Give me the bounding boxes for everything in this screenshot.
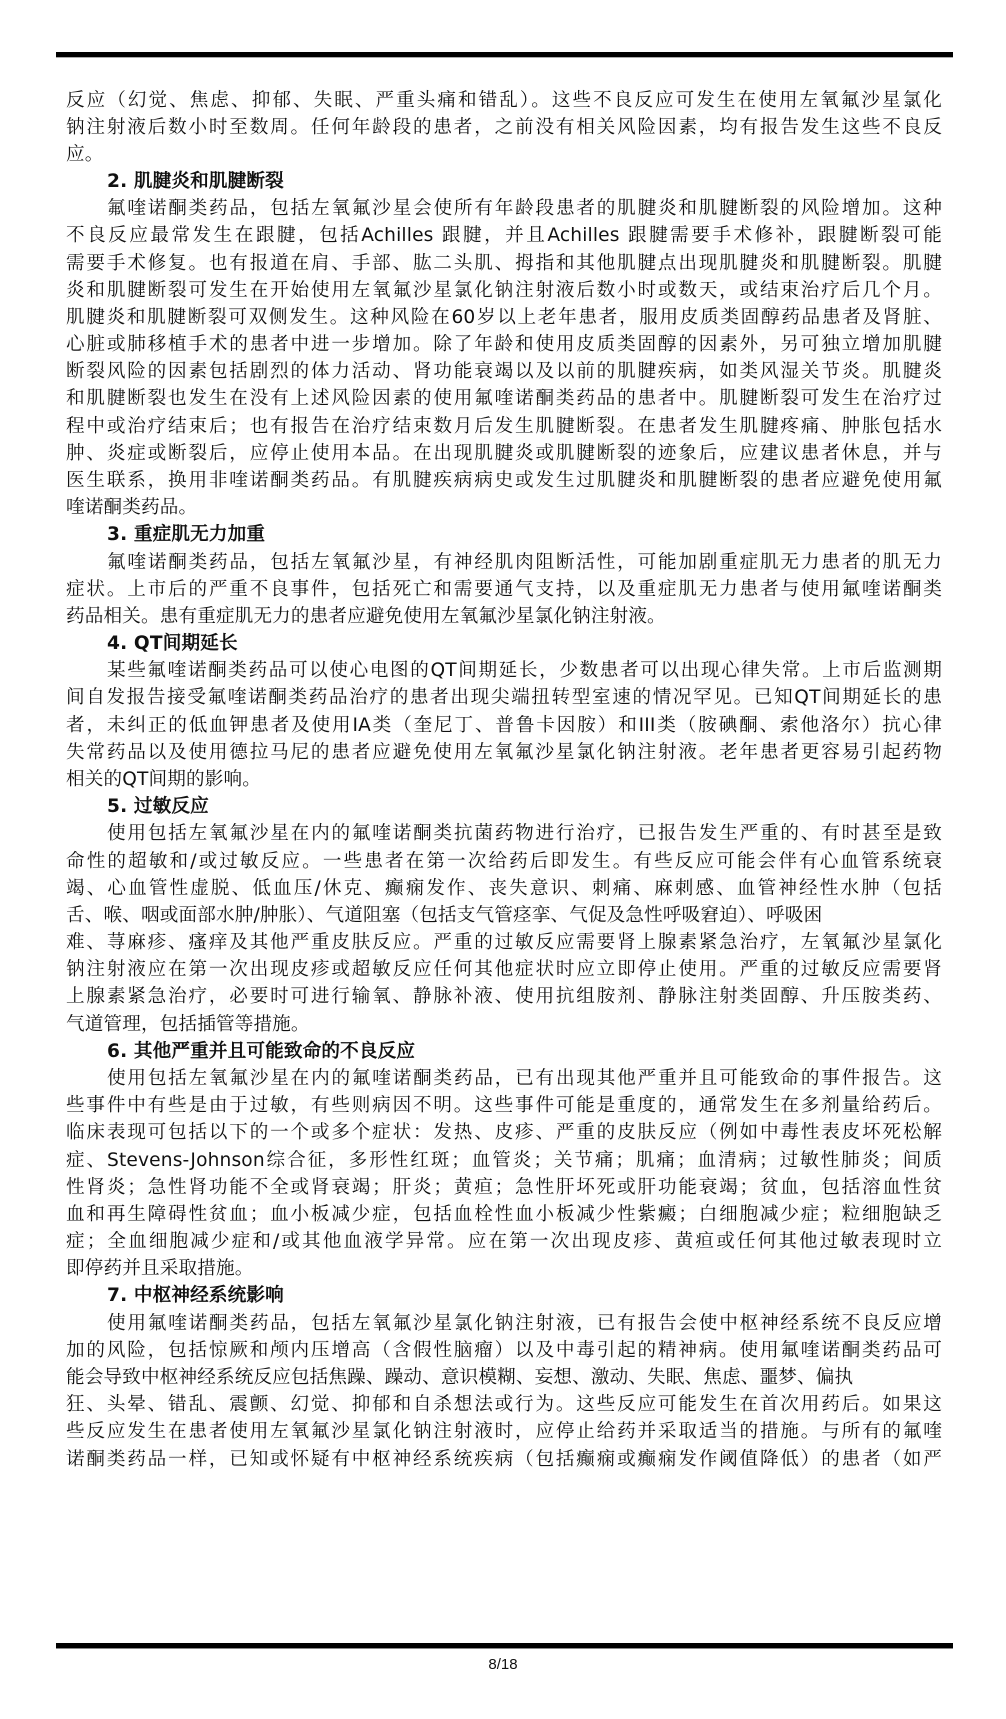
text-line: 些反应发生在患者使用左氧氟沙星氯化钠注射液时，应停止给药并采取适当的措施。与所有…	[66, 1418, 942, 1445]
text-line: 者，未纠正的低血钾患者及使用IA类（奎尼丁、普鲁卡因胺）和III类（胺碘酮、索他…	[66, 712, 942, 739]
text-line: 应。	[66, 141, 942, 168]
text-line: 使用包括左氧氟沙星在内的氟喹诺酮类抗菌药物进行治疗，已报告发生严重的、有时甚至是…	[107, 820, 942, 847]
header-rule	[56, 52, 953, 58]
text-line: 狂、头晕、错乱、震颤、幻觉、抑郁和自杀想法或行为。这些反应可能发生在首次用药后。…	[66, 1391, 942, 1418]
text-line: 症状。上市后的严重不良事件，包括死亡和需要通气支持，以及重症肌无力患者与使用氟喹…	[66, 576, 942, 603]
text-line: 某些氟喹诺酮类药品可以使心电图的QT间期延长，少数患者可以出现心律失常。上市后监…	[107, 657, 942, 684]
text-line: 肿、炎症或断裂后，应停止使用本品。在出现肌腱炎或肌腱断裂的迹象后，应建议患者休息…	[66, 440, 942, 467]
text-line: 失常药品以及使用德拉马尼的患者应避免使用左氧氟沙星氯化钠注射液。老年患者更容易引…	[66, 739, 942, 766]
text-line: 使用氟喹诺酮类药品，包括左氧氟沙星氯化钠注射液，已有报告会使中枢神经系统不良反应…	[107, 1310, 942, 1337]
text-line: 反应（幻觉、焦虑、抑郁、失眠、严重头痛和错乱）。这些不良反应可发生在使用左氧氟沙…	[66, 87, 942, 114]
page-number: 8/18	[0, 1656, 1006, 1673]
text-line: 些事件中有些是由于过敏，有些则病因不明。这些事件可能是重度的，通常发生在多剂量给…	[66, 1092, 942, 1119]
text-line: 命性的超敏和/或过敏反应。一些患者在第一次给药后即发生。有些反应可能会伴有心血管…	[66, 848, 942, 875]
text-line: 钠注射液应在第一次出现皮疹或超敏反应任何其他症状时应立即停止使用。严重的过敏反应…	[66, 956, 942, 983]
section-heading: 7. 中枢神经系统影响	[107, 1282, 284, 1309]
text-line: 需要手术修复。也有报道在肩、手部、肱二头肌、拇指和其他肌腱点出现肌腱炎和肌腱断裂…	[66, 250, 942, 277]
footer-rule	[56, 1643, 953, 1649]
text-line: 不良反应最常发生在跟腱，包括Achilles 跟腱，并且Achilles 跟腱需…	[66, 222, 942, 249]
section-heading: 6. 其他严重并且可能致命的不良反应	[107, 1038, 415, 1065]
section-heading: 4. QT间期延长	[107, 630, 238, 657]
text-line: 舌、喉、咽或面部水肿/肿胀）、气道阻塞（包括支气管痉挛、气促及急性呼吸窘迫）、呼…	[66, 902, 942, 929]
section-heading: 2. 肌腱炎和肌腱断裂	[107, 168, 284, 195]
text-line: 能会导致中枢神经系统反应包括焦躁、躁动、意识模糊、妄想、激动、失眠、焦虑、噩梦、…	[66, 1364, 942, 1391]
text-line: 肌腱炎和肌腱断裂可双侧发生。这种风险在60岁以上老年患者，服用皮质类固醇药品患者…	[66, 304, 942, 331]
text-line: 医生联系，换用非喹诺酮类药品。有肌腱疾病病史或发生过肌腱炎和肌腱断裂的患者应避免…	[66, 467, 942, 494]
text-line: 血和再生障碍性贫血；血小板减少症，包括血栓性血小板减少性紫癜；白细胞减少症；粒细…	[66, 1201, 942, 1228]
text-line: 临床表现可包括以下的一个或多个症状：发热、皮疹、严重的皮肤反应（例如中毒性表皮坏…	[66, 1119, 942, 1146]
text-line: 断裂风险的因素包括剧烈的体力活动、肾功能衰竭以及以前的肌腱疾病，如类风湿关节炎。…	[66, 358, 942, 385]
section-heading: 3. 重症肌无力加重	[107, 521, 265, 548]
text-line: 使用包括左氧氟沙星在内的氟喹诺酮类药品，已有出现其他严重并且可能致命的事件报告。…	[107, 1065, 942, 1092]
text-line: 相关的QT间期的影响。	[66, 766, 942, 793]
text-line: 竭、心血管性虚脱、低血压/休克、癫痫发作、丧失意识、刺痛、麻刺感、血管神经性水肿…	[66, 875, 942, 902]
text-line: 即停药并且采取措施。	[66, 1255, 942, 1282]
text-line: 氟喹诺酮类药品，包括左氧氟沙星会使所有年龄段患者的肌腱炎和肌腱断裂的风险增加。这…	[107, 195, 942, 222]
text-line: 症；全血细胞减少症和/或其他血液学异常。应在第一次出现皮疹、黄疸或任何其他过敏表…	[66, 1228, 942, 1255]
text-line: 氟喹诺酮类药品，包括左氧氟沙星，有神经肌肉阻断活性，可能加剧重症肌无力患者的肌无…	[107, 549, 942, 576]
text-line: 药品相关。患有重症肌无力的患者应避免使用左氧氟沙星氯化钠注射液。	[66, 603, 942, 630]
text-line: 气道管理，包括插管等措施。	[66, 1011, 942, 1038]
text-line: 难、荨麻疹、瘙痒及其他严重皮肤反应。严重的过敏反应需要肾上腺素紧急治疗，左氧氟沙…	[66, 929, 942, 956]
text-line: 间自发报告接受氟喹诺酮类药品治疗的患者出现尖端扭转型室速的情况罕见。已知QT间期…	[66, 684, 942, 711]
text-line: 和肌腱断裂也发生在没有上述风险因素的使用氟喹诺酮类药品的患者中。肌腱断裂可发生在…	[66, 385, 942, 412]
text-line: 心脏或肺移植手术的患者中进一步增加。除了年龄和使用皮质类固醇的因素外，另可独立增…	[66, 331, 942, 358]
text-line: 性肾炎；急性肾功能不全或肾衰竭；肝炎；黄疸；急性肝坏死或肝功能衰竭；贫血，包括溶…	[66, 1174, 942, 1201]
text-line: 钠注射液后数小时至数周。任何年龄段的患者，之前没有相关风险因素，均有报告发生这些…	[66, 114, 942, 141]
section-heading: 5. 过敏反应	[107, 793, 209, 820]
text-line: 加的风险，包括惊厥和颅内压增高（含假性脑瘤）以及中毒引起的精神病。使用氟喹诺酮类…	[66, 1337, 942, 1364]
text-line: 诺酮类药品一样，已知或怀疑有中枢神经系统疾病（包括癫痫或癫痫发作阈值降低）的患者…	[66, 1446, 942, 1473]
text-line: 炎和肌腱断裂可发生在开始使用左氧氟沙星氯化钠注射液后数小时或数天，或结束治疗后几…	[66, 277, 942, 304]
text-line: 程中或治疗结束后；也有报告在治疗结束数月后发生肌腱断裂。在患者发生肌腱疼痛、肿胀…	[66, 413, 942, 440]
text-line: 上腺素紧急治疗，必要时可进行输氧、静脉补液、使用抗组胺剂、静脉注射类固醇、升压胺…	[66, 983, 942, 1010]
text-line: 症、Stevens-Johnson综合征，多形性红斑；血管炎；关节痛；肌痛；血清…	[66, 1147, 942, 1174]
text-line: 喹诺酮类药品。	[66, 494, 942, 521]
